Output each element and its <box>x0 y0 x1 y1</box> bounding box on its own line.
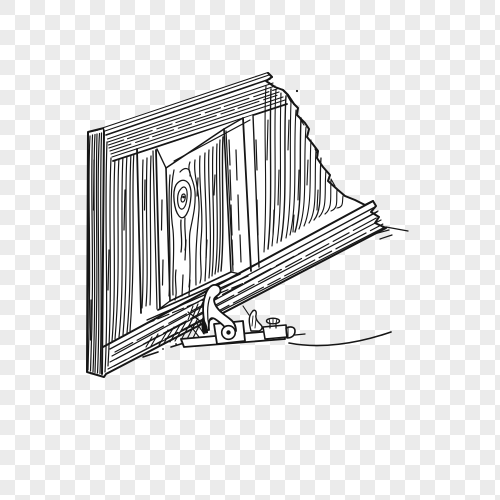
transparency-checkerboard: Engraving of a framed raised wood panel … <box>0 0 500 500</box>
plane-fence-bar <box>263 325 287 339</box>
wood-panel-plane-illustration: Engraving of a framed raised wood panel … <box>0 0 500 500</box>
plane-end-cap <box>286 327 295 338</box>
